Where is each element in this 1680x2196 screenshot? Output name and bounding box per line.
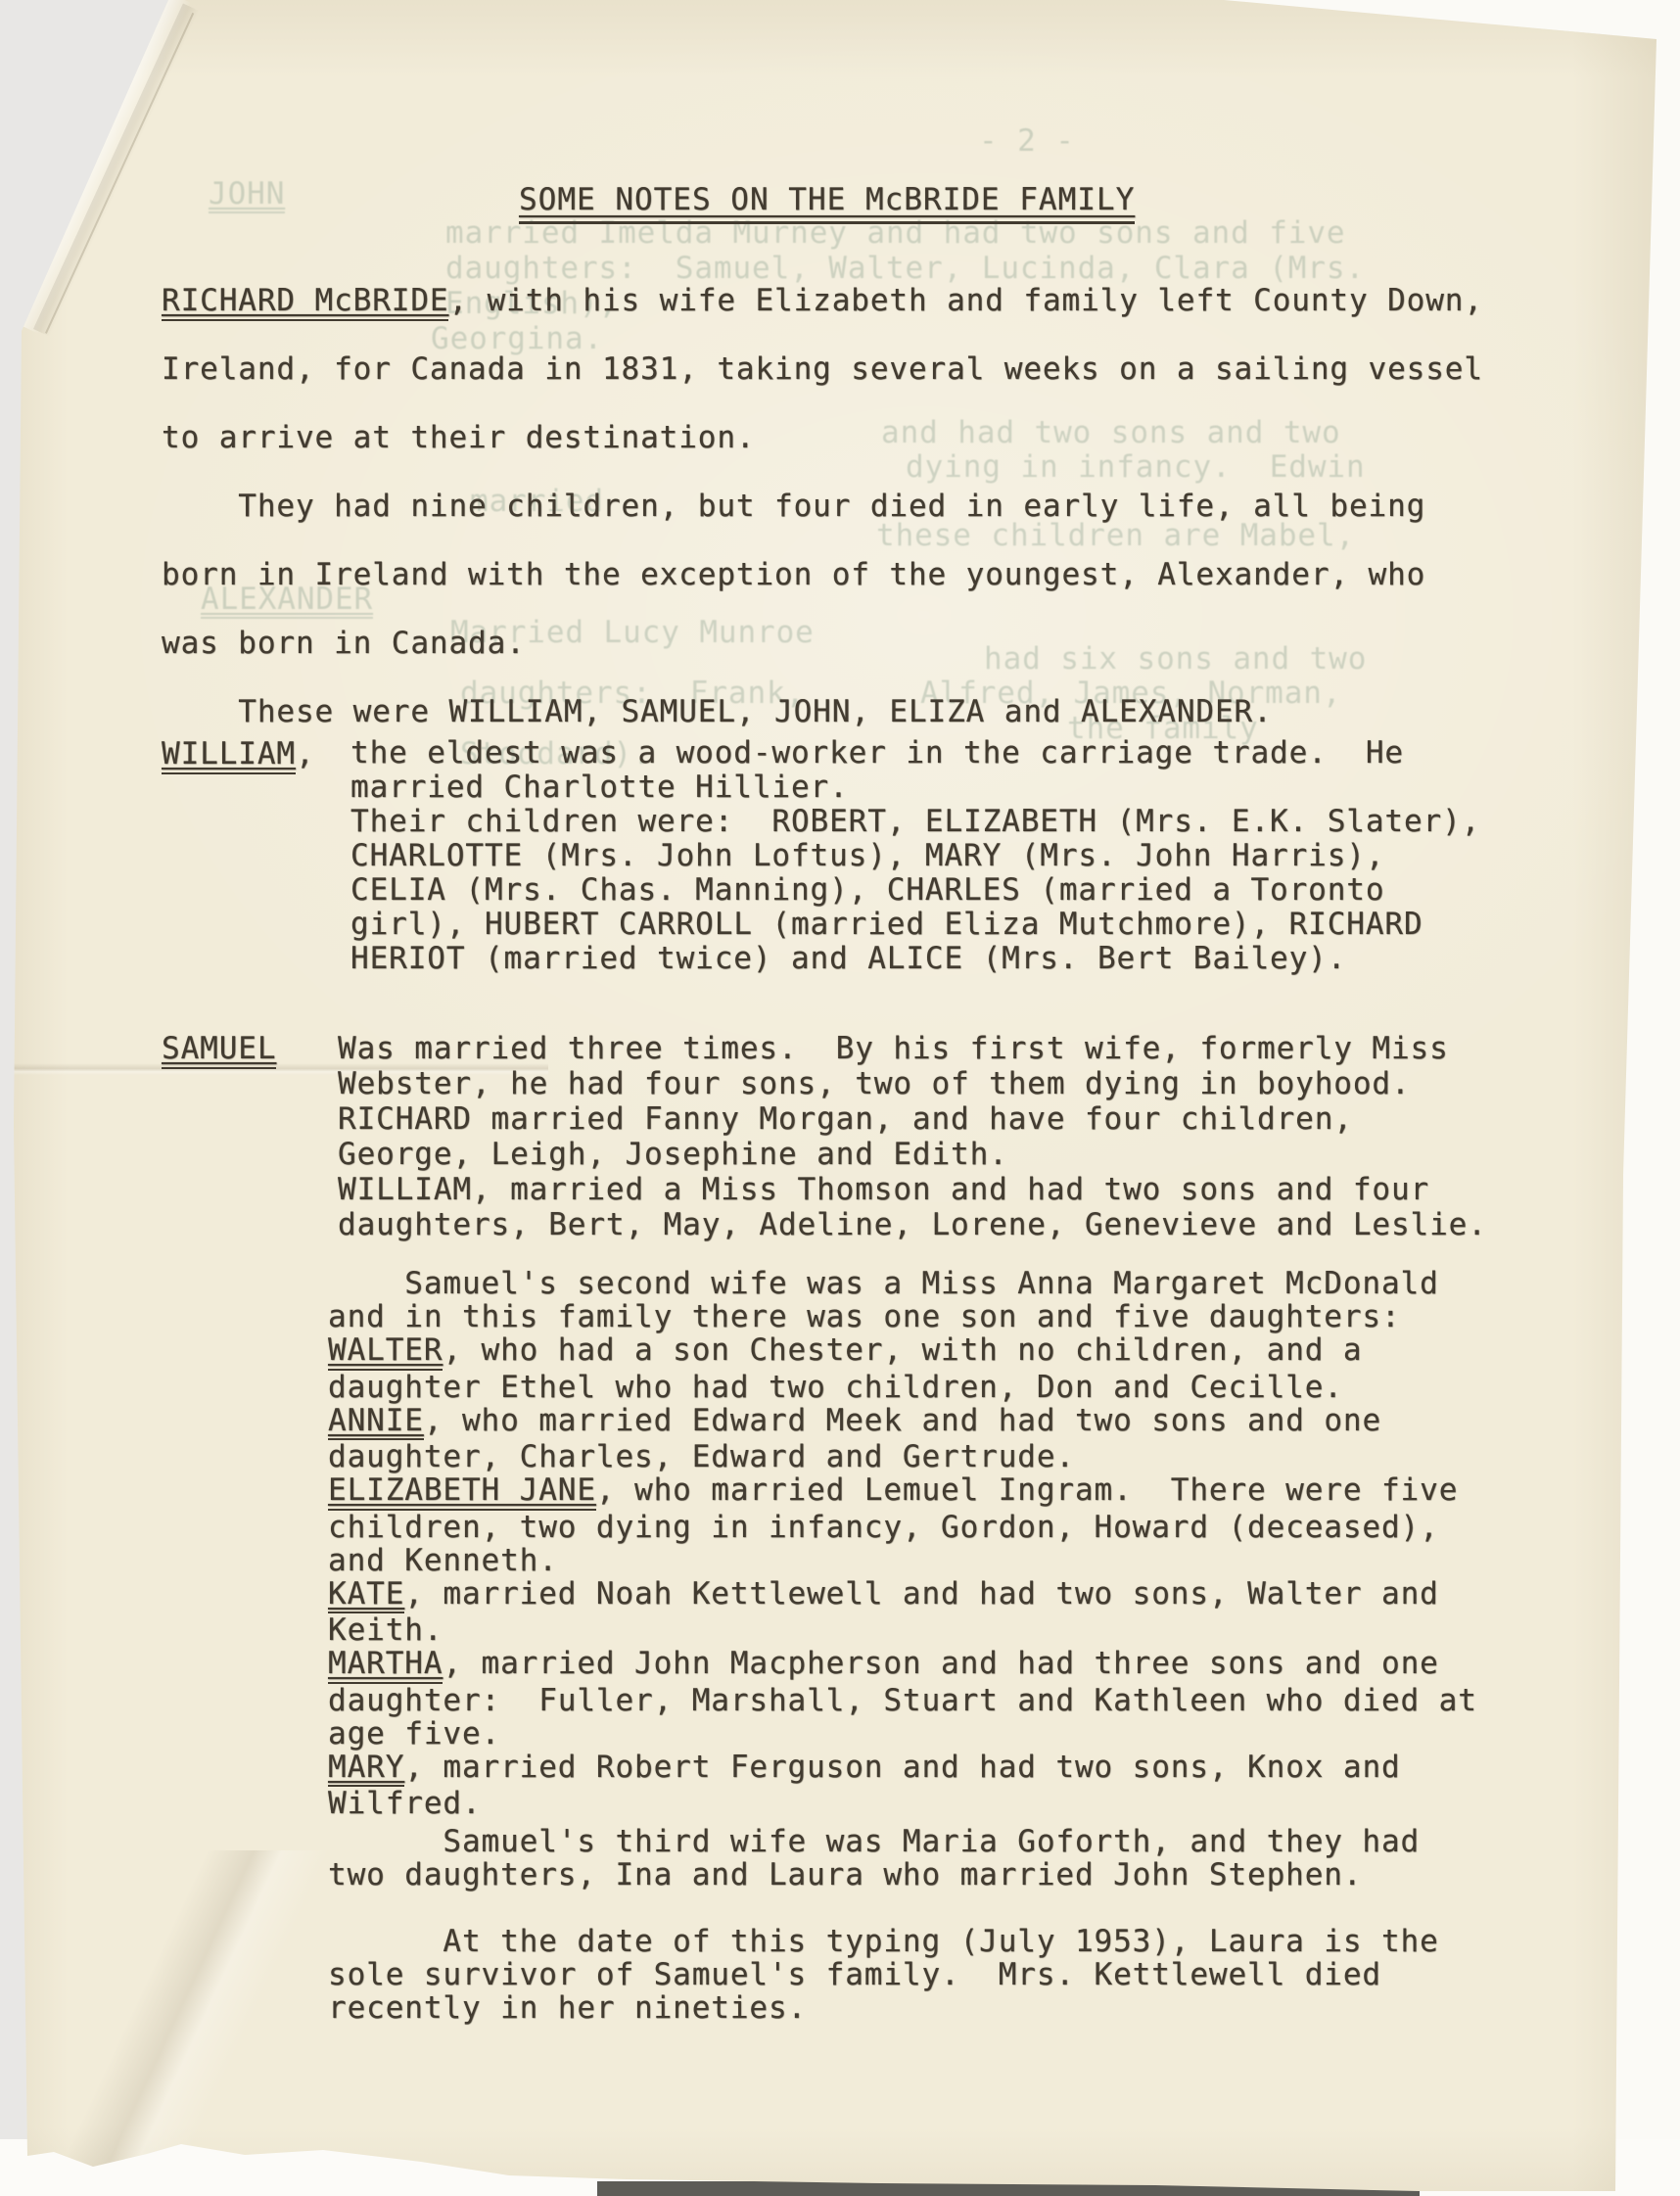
text-line: recently in her nineties.: [328, 1991, 1439, 2025]
text-line: They had nine children, but four died in…: [162, 472, 1483, 540]
underlined-name: MARTHA: [328, 1648, 443, 1684]
text-line: children, two dying in infancy, Gordon, …: [328, 1511, 1477, 1544]
text-line: At the date of this typing (July 1953), …: [328, 1925, 1439, 1958]
text-line: HERIOT (married twice) and ALICE (Mrs. B…: [350, 942, 1480, 976]
underlined-name: ELIZABETH JANE: [328, 1474, 596, 1511]
text-line: Samuel's second wife was a Miss Anna Mar…: [328, 1267, 1477, 1300]
scanned-document: - 2 -JOHNmarried Imelda Murney and had t…: [0, 0, 1680, 2196]
text-line: the eldest was a wood-worker in the carr…: [350, 736, 1480, 771]
section-label-samuel-name: SAMUEL: [162, 1033, 276, 1069]
text-line: Was married three times. By his first wi…: [338, 1031, 1487, 1066]
text-line: Keith.: [328, 1613, 1477, 1647]
text-line: MARTHA, married John Macpherson and had …: [328, 1647, 1477, 1684]
document-page: - 2 -JOHNmarried Imelda Murney and had t…: [0, 0, 1680, 2196]
text-line: two daughters, Ina and Laura who married…: [328, 1858, 1420, 1892]
text-line: born in Ireland with the exception of th…: [162, 540, 1483, 609]
section-label-william-name: WILLIAM: [162, 738, 296, 774]
underlined-name: KATE: [328, 1578, 404, 1614]
underlined-name: RICHARD McBRIDE: [162, 285, 448, 321]
text-line: Samuel's third wife was Maria Goforth, a…: [328, 1825, 1420, 1858]
text-line: married Charlotte Hillier.: [350, 771, 1480, 805]
text-line: Webster, he had four sons, two of them d…: [338, 1066, 1487, 1101]
paragraph-closing: At the date of this typing (July 1953), …: [328, 1925, 1439, 2025]
text-line: CHARLOTTE (Mrs. John Loftus), MARY (Mrs.…: [350, 839, 1480, 873]
paragraph-third-marriage: Samuel's third wife was Maria Goforth, a…: [328, 1825, 1420, 1892]
text-line: CELIA (Mrs. Chas. Manning), CHARLES (mar…: [350, 873, 1480, 908]
document-title-text: SOME NOTES ON THE McBRIDE FAMILY: [519, 184, 1135, 224]
text-line: girl), HUBERT CARROLL (married Eliza Mut…: [350, 908, 1480, 942]
section-label-william-sep: ,: [296, 736, 315, 771]
text-line: age five.: [328, 1717, 1477, 1751]
text-line: Their children were: ROBERT, ELIZABETH (…: [350, 805, 1480, 839]
text-line: ELIZABETH JANE, who married Lemuel Ingra…: [328, 1473, 1477, 1511]
text-line: RICHARD McBRIDE, with his wife Elizabeth…: [162, 266, 1483, 335]
text-line: WALTER, who had a son Chester, with no c…: [328, 1333, 1477, 1371]
text-line: daughters, Bert, May, Adeline, Lorene, G…: [338, 1207, 1487, 1242]
text-line: was born in Canada.: [162, 609, 1483, 677]
underlined-name: ANNIE: [328, 1405, 424, 1441]
text-line: daughter, Charles, Edward and Gertrude.: [328, 1440, 1477, 1473]
text-line: WILLIAM, married a Miss Thomson and had …: [338, 1172, 1487, 1207]
text-line: ANNIE, who married Edward Meek and had t…: [328, 1404, 1477, 1441]
paragraph-intro: RICHARD McBRIDE, with his wife Elizabeth…: [162, 266, 1483, 746]
paragraph-samuel: Was married three times. By his first wi…: [338, 1031, 1487, 1242]
paragraph-second-marriage: Samuel's second wife was a Miss Anna Mar…: [328, 1267, 1477, 1820]
text-line: RICHARD married Fanny Morgan, and have f…: [338, 1101, 1487, 1137]
text-line: and in this family there was one son and…: [328, 1300, 1477, 1333]
text-line: KATE, married Noah Kettlewell and had tw…: [328, 1577, 1477, 1614]
underlined-name: WALTER: [328, 1334, 443, 1371]
text-line: daughter Ethel who had two children, Don…: [328, 1371, 1477, 1404]
text-line: sole survivor of Samuel's family. Mrs. K…: [328, 1958, 1439, 1991]
section-label-samuel: SAMUEL: [162, 1031, 276, 1069]
text-line: daughter: Fuller, Marshall, Stuart and K…: [328, 1684, 1477, 1717]
text-line: MARY, married Robert Ferguson and had tw…: [328, 1751, 1477, 1788]
text-line: George, Leigh, Josephine and Edith.: [338, 1137, 1487, 1172]
text-line: and Kenneth.: [328, 1544, 1477, 1577]
text-line: Wilfred.: [328, 1787, 1477, 1820]
typewritten-text-layer: SOME NOTES ON THE McBRIDE FAMILY RICHARD…: [0, 0, 1680, 2196]
paragraph-william: the eldest was a wood-worker in the carr…: [350, 736, 1480, 976]
underlined-name: MARY: [328, 1752, 404, 1788]
section-label-william: WILLIAM,: [162, 736, 315, 774]
text-line: to arrive at their destination.: [162, 403, 1483, 472]
document-title: SOME NOTES ON THE McBRIDE FAMILY: [519, 182, 1135, 224]
text-line: Ireland, for Canada in 1831, taking seve…: [162, 335, 1483, 403]
